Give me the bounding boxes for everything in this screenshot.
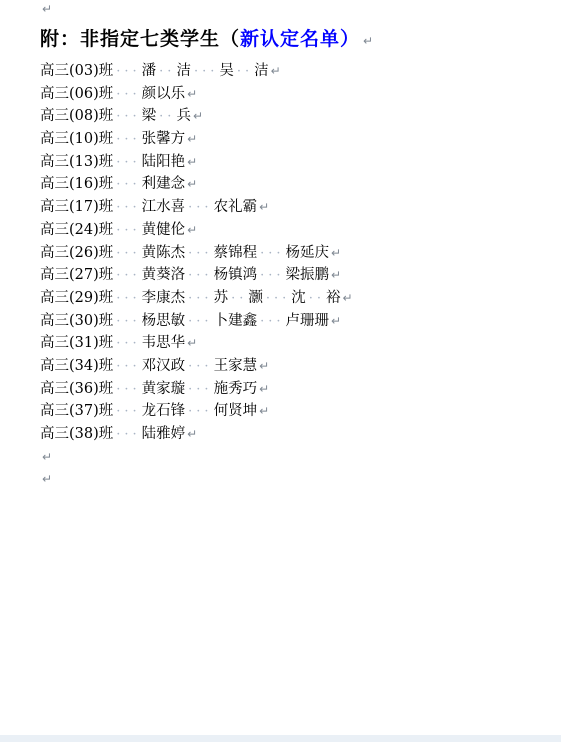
student-row: 高三(17)班···江水喜···农礼霸↵ <box>40 196 353 219</box>
paragraph-mark-icon: ↵ <box>259 382 269 396</box>
student-name: 利建念 <box>142 176 186 192</box>
paragraph-mark-icon: ↵ <box>343 291 353 305</box>
space-marks: ··· <box>116 64 140 79</box>
space-marks: ··· <box>116 268 140 283</box>
student-name: 邓汉政 <box>142 358 186 374</box>
class-label: 高三(16)班 <box>40 176 113 192</box>
page-title-black: 附：非指定七类学生（ <box>40 28 240 50</box>
empty-paragraph: ↵ <box>40 468 353 491</box>
page-bottom-gap <box>0 735 561 742</box>
student-name: 陆阳艳 <box>142 154 186 170</box>
class-label: 高三(30)班 <box>40 313 113 329</box>
student-row: 高三(08)班···梁··兵↵ <box>40 105 353 128</box>
paragraph-mark-icon: ↵ <box>42 472 52 486</box>
class-label: 高三(27)班 <box>40 267 113 283</box>
student-name: 卜建鑫 <box>214 313 258 329</box>
student-name: 黄家璇 <box>142 381 186 397</box>
space-marks: ··· <box>116 382 140 397</box>
class-label: 高三(29)班 <box>40 290 113 306</box>
student-list: 高三(03)班···潘··洁···吴··洁↵高三(06)班···颜以乐↵高三(0… <box>40 60 353 491</box>
space-marks: ·· <box>309 291 325 306</box>
space-marks: ··· <box>188 200 212 215</box>
space-marks: ··· <box>116 427 140 442</box>
student-name: 韦思华 <box>142 335 186 351</box>
student-row: 高三(26)班···黄陈杰···蔡锦程···杨延庆↵ <box>40 242 353 265</box>
paragraph-mark-icon: ↵ <box>187 427 197 441</box>
space-marks: ··· <box>116 155 140 170</box>
student-name: 卢珊珊 <box>285 313 329 329</box>
class-label: 高三(08)班 <box>40 108 113 124</box>
student-name: 何贤坤 <box>214 403 258 419</box>
space-marks: ··· <box>260 246 284 261</box>
space-marks: ··· <box>116 200 140 215</box>
student-name: 杨延庆 <box>285 245 329 261</box>
space-marks: ··· <box>188 268 212 283</box>
class-label: 高三(34)班 <box>40 358 113 374</box>
student-name: 梁··兵 <box>142 108 191 124</box>
space-marks: ··· <box>188 359 212 374</box>
student-name: 杨思敏 <box>142 313 186 329</box>
class-label: 高三(31)班 <box>40 335 113 351</box>
paragraph-mark-icon: ↵ <box>187 87 197 101</box>
student-row: 高三(06)班···颜以乐↵ <box>40 83 353 106</box>
student-row: 高三(34)班···邓汉政···王家慧↵ <box>40 355 353 378</box>
space-marks: ··· <box>116 223 140 238</box>
student-row: 高三(29)班···李康杰···苏··灏···沈··裕↵ <box>40 287 353 310</box>
student-name: 颜以乐 <box>142 86 186 102</box>
class-label: 高三(13)班 <box>40 154 113 170</box>
space-marks: ·· <box>231 291 247 306</box>
student-row: 高三(10)班···张馨方↵ <box>40 128 353 151</box>
student-name: 杨镇鸿 <box>214 267 258 283</box>
student-name: 梁振鹏 <box>285 267 329 283</box>
student-row: 高三(13)班···陆阳艳↵ <box>40 151 353 174</box>
student-name: 张馨方 <box>142 131 186 147</box>
space-marks: ··· <box>188 382 212 397</box>
student-name: 施秀巧 <box>214 381 258 397</box>
class-label: 高三(10)班 <box>40 131 113 147</box>
paragraph-mark-icon: ↵ <box>271 64 281 78</box>
class-label: 高三(24)班 <box>40 222 113 238</box>
space-marks: ··· <box>116 314 140 329</box>
document-page: ↵ 附：非指定七类学生（新认定名单）↵ 高三(03)班···潘··洁···吴··… <box>0 0 561 742</box>
paragraph-mark-icon: ↵ <box>259 200 269 214</box>
space-marks: ··· <box>116 404 140 419</box>
student-row: 高三(38)班···陆雅婷↵ <box>40 423 353 446</box>
paragraph-mark-icon: ↵ <box>187 336 197 350</box>
student-name: 江水喜 <box>142 199 186 215</box>
paragraph-mark-icon: ↵ <box>42 450 52 464</box>
student-row: 高三(31)班···韦思华↵ <box>40 332 353 355</box>
space-marks: ··· <box>116 109 140 124</box>
class-label: 高三(37)班 <box>40 403 113 419</box>
space-marks: ··· <box>116 246 140 261</box>
space-marks: ·· <box>237 64 253 79</box>
student-name: 王家慧 <box>214 358 258 374</box>
space-marks: ·· <box>159 64 175 79</box>
paragraph-mark-icon: ↵ <box>363 34 374 48</box>
paragraph-mark-icon: ↵ <box>259 404 269 418</box>
class-label: 高三(36)班 <box>40 381 113 397</box>
student-row: 高三(37)班···龙石锋···何贤坤↵ <box>40 400 353 423</box>
paragraph-mark-icon: ↵ <box>193 109 203 123</box>
paragraph-mark-icon: ↵ <box>187 223 197 237</box>
paragraph-mark-icon: ↵ <box>187 155 197 169</box>
space-marks: ··· <box>116 336 140 351</box>
page-title-highlight: 新认定名单） <box>240 28 360 50</box>
student-row: 高三(36)班···黄家璇···施秀巧↵ <box>40 378 353 401</box>
class-label: 高三(38)班 <box>40 426 113 442</box>
student-row: 高三(16)班···利建念↵ <box>40 173 353 196</box>
space-marks: ··· <box>188 291 212 306</box>
class-label: 高三(26)班 <box>40 245 113 261</box>
paragraph-mark-icon: ↵ <box>42 2 52 16</box>
space-marks: ··· <box>194 64 218 79</box>
paragraph-mark-icon: ↵ <box>331 246 341 260</box>
student-name: 吴··洁 <box>219 63 268 79</box>
student-name: 农礼霸 <box>214 199 258 215</box>
paragraph-mark-icon: ↵ <box>259 359 269 373</box>
space-marks: ··· <box>188 404 212 419</box>
class-label: 高三(06)班 <box>40 86 113 102</box>
space-marks: ··· <box>116 291 140 306</box>
student-row: 高三(03)班···潘··洁···吴··洁↵ <box>40 60 353 83</box>
space-marks: ··· <box>260 314 284 329</box>
student-name: 蔡锦程 <box>214 245 258 261</box>
student-name: 潘··洁 <box>142 63 191 79</box>
student-name: 苏··灏 <box>214 290 263 306</box>
paragraph-mark-icon: ↵ <box>187 132 197 146</box>
student-name: 李康杰 <box>142 290 186 306</box>
space-marks: ··· <box>116 359 140 374</box>
student-name: 沈··裕 <box>291 290 340 306</box>
student-row: 高三(30)班···杨思敏···卜建鑫···卢珊珊↵ <box>40 310 353 333</box>
student-name: 龙石锋 <box>142 403 186 419</box>
student-name: 黄健伦 <box>142 222 186 238</box>
class-label: 高三(17)班 <box>40 199 113 215</box>
student-name: 黄陈杰 <box>142 245 186 261</box>
space-marks: ··· <box>260 268 284 283</box>
space-marks: ··· <box>116 177 140 192</box>
paragraph-mark-icon: ↵ <box>331 314 341 328</box>
student-row: 高三(24)班···黄健伦↵ <box>40 219 353 242</box>
class-label: 高三(03)班 <box>40 63 113 79</box>
empty-paragraph: ↵ <box>40 446 353 469</box>
student-row: 高三(27)班···黄葵洛···杨镇鸿···梁振鹏↵ <box>40 264 353 287</box>
student-name: 陆雅婷 <box>142 426 186 442</box>
space-marks: ··· <box>116 132 140 147</box>
space-marks: ··· <box>116 87 140 102</box>
space-marks: ··· <box>266 291 290 306</box>
space-marks: ··· <box>188 314 212 329</box>
paragraph-mark-icon: ↵ <box>187 177 197 191</box>
space-marks: ·· <box>159 109 175 124</box>
page-title: 附：非指定七类学生（新认定名单）↵ <box>40 24 374 51</box>
paragraph-mark-icon: ↵ <box>331 268 341 282</box>
space-marks: ··· <box>188 246 212 261</box>
student-name: 黄葵洛 <box>142 267 186 283</box>
